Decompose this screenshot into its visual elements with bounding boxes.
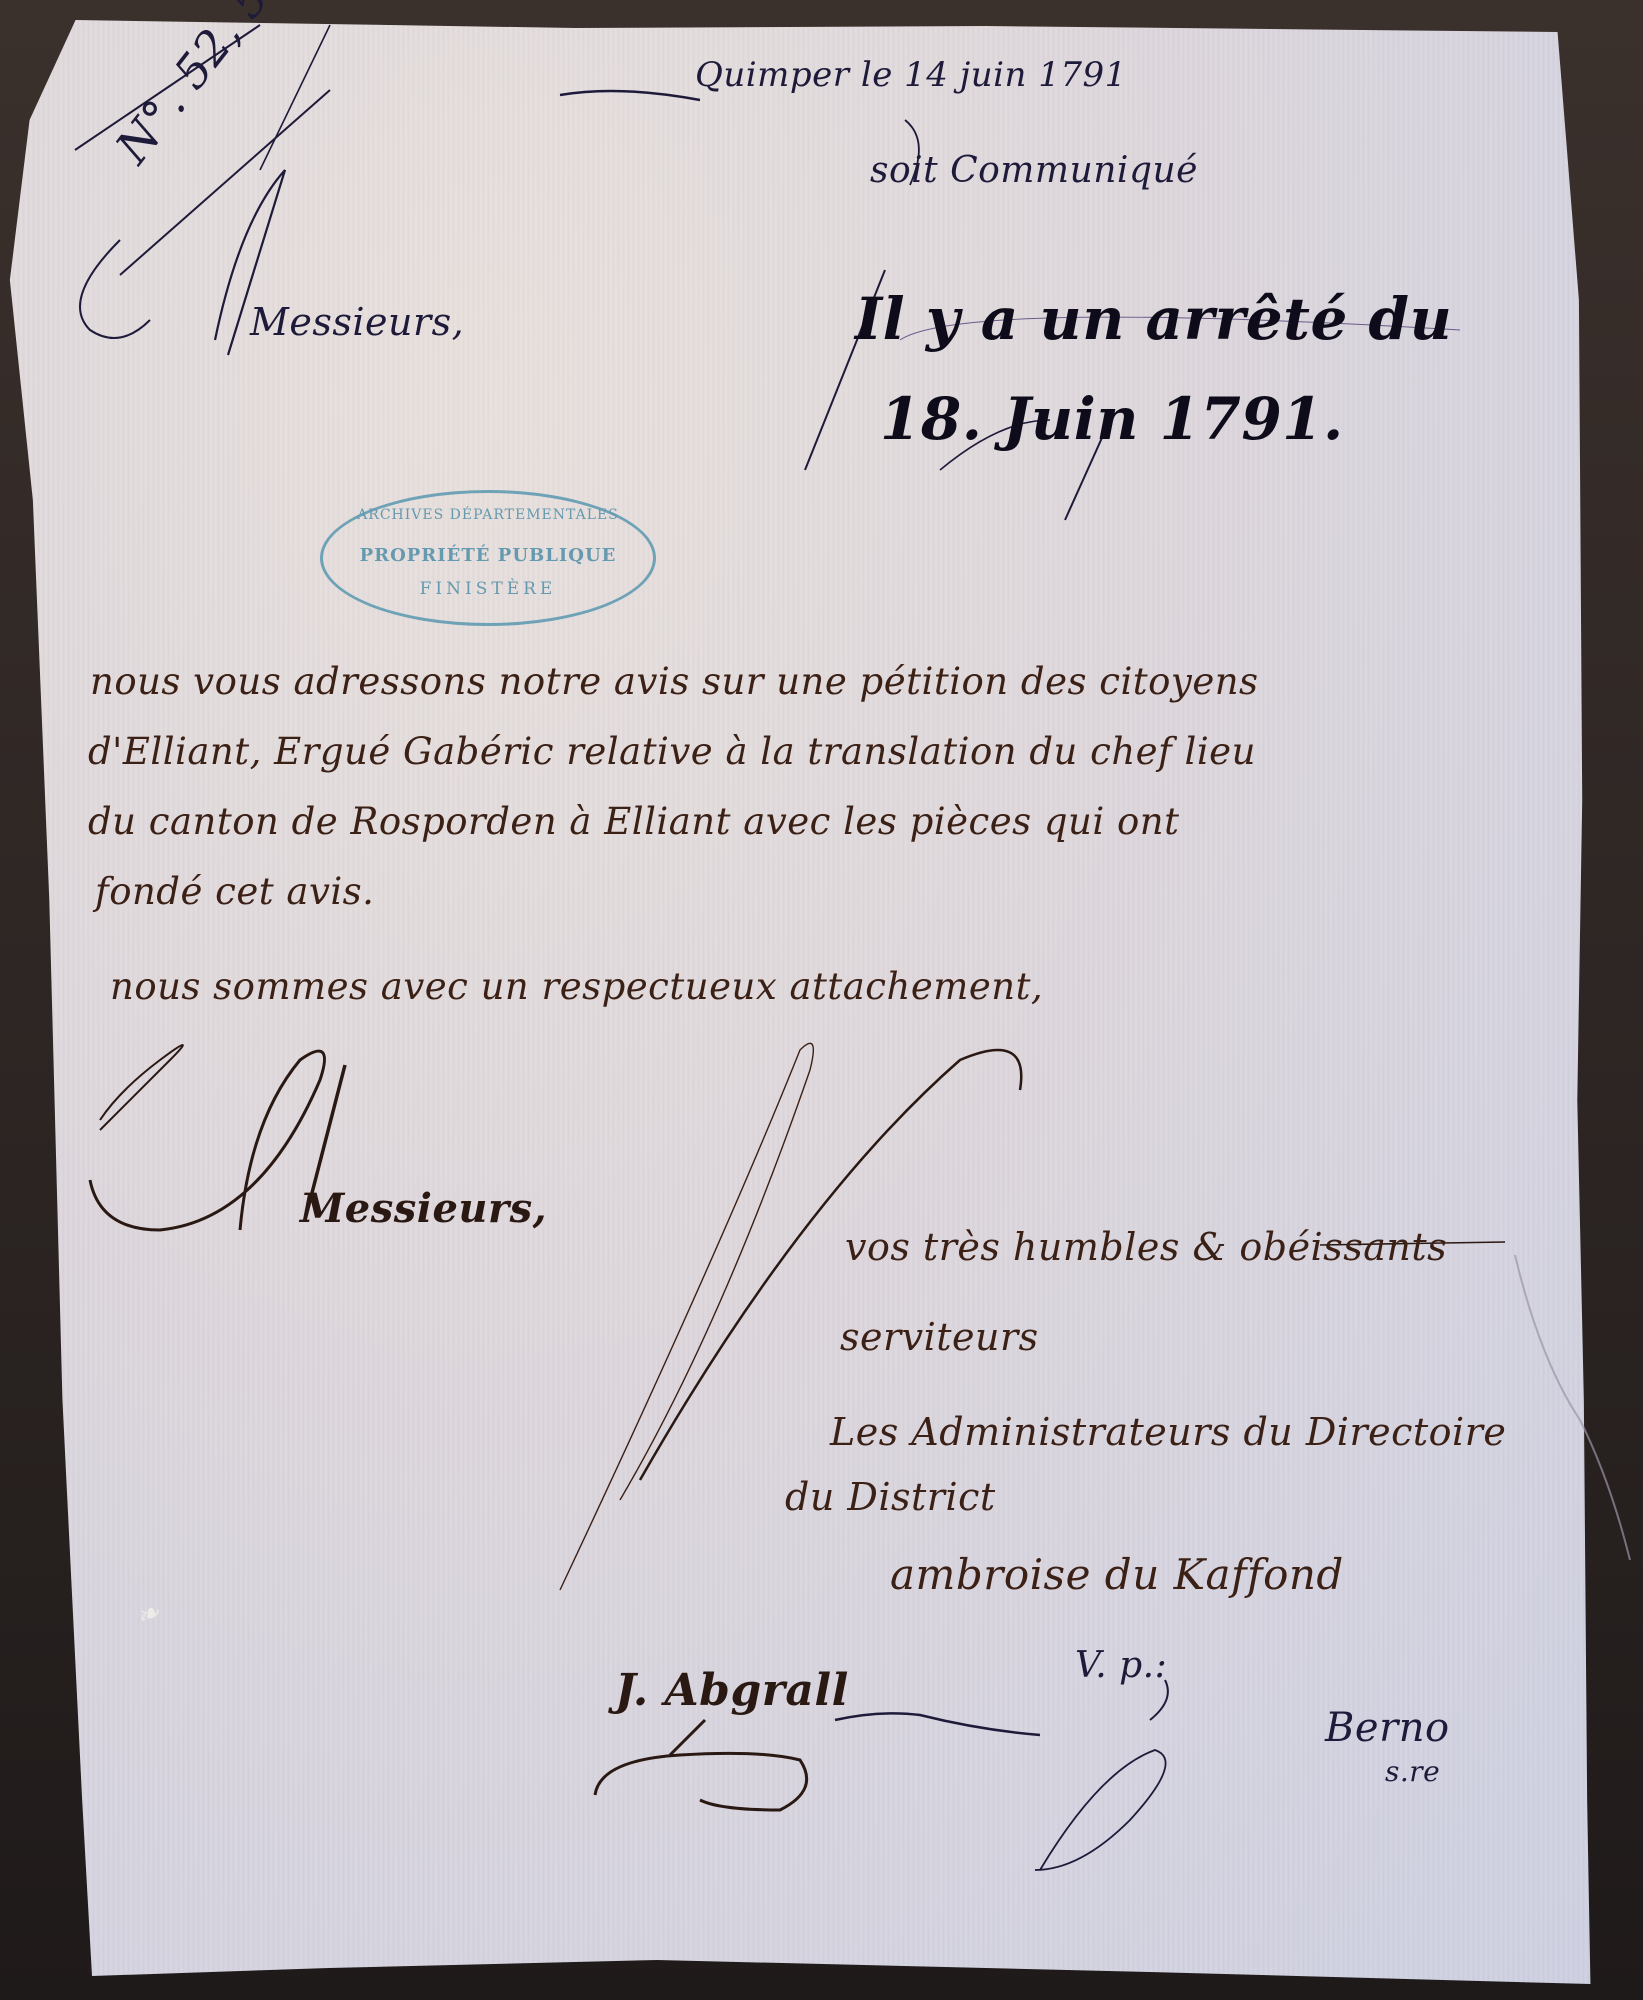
- signer-ambroise: ambroise du Kaffond: [890, 1550, 1344, 1599]
- vp-annotation: V. p.:: [1075, 1645, 1167, 1686]
- stamp-bottom-text: FINISTÈRE: [323, 579, 653, 599]
- signature-line-3: Les Administrateurs du Directoire: [830, 1410, 1506, 1454]
- body-line-1: nous vous adressons notre avis sur une p…: [90, 660, 1259, 703]
- salutation: Messieurs,: [250, 300, 464, 344]
- signer-berno-suffix: s.re: [1385, 1755, 1440, 1788]
- signature-line-1: vos très humbles & obéissants: [845, 1225, 1447, 1269]
- body-line-2: d'Elliant, Ergué Gabéric relative à la t…: [88, 730, 1256, 773]
- communique-annotation: soit Communiqué: [870, 150, 1198, 191]
- archive-stamp: ARCHIVES DÉPARTEMENTALES PROPRIÉTÉ PUBLI…: [320, 490, 656, 626]
- body-line-3: du canton de Rosporden à Elliant avec le…: [88, 800, 1179, 843]
- stamp-arc-text: ARCHIVES DÉPARTEMENTALES: [323, 507, 653, 523]
- signer-berno: Berno: [1325, 1705, 1450, 1751]
- margin-note-line1: Il y a un arrêté du: [855, 285, 1452, 353]
- signature-line-4: du District: [785, 1475, 996, 1519]
- body-line-4: fondé cet avis.: [95, 870, 374, 913]
- place-date-header: Quimper le 14 juin 1791: [695, 55, 1127, 95]
- closing-line: nous sommes avec un respectueux attachem…: [110, 965, 1043, 1008]
- margin-note-line2: 18. Juin 1791.: [880, 385, 1344, 453]
- signature-line-2: serviteurs: [840, 1315, 1039, 1359]
- signer-abgrall: J. Abgrall: [615, 1665, 849, 1716]
- stamp-middle-text: PROPRIÉTÉ PUBLIQUE: [323, 545, 653, 566]
- closing-salutation: Messieurs,: [300, 1185, 547, 1232]
